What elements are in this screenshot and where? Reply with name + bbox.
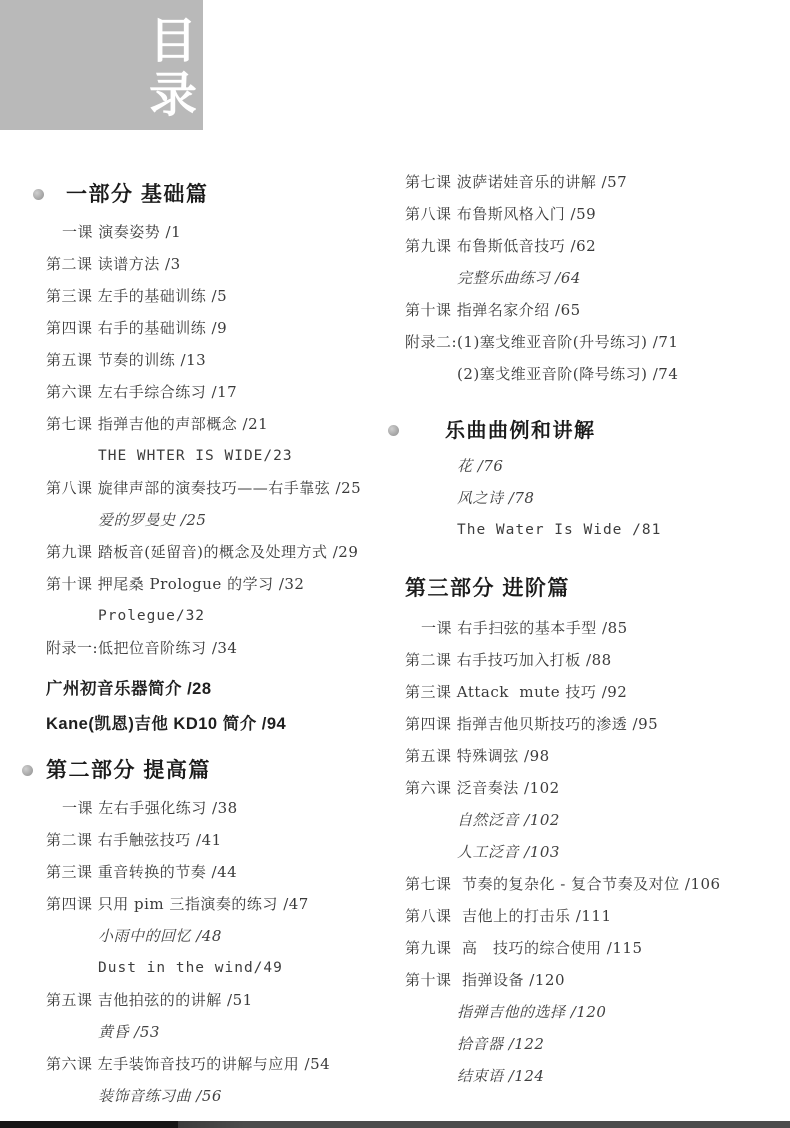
toc-entry-label: 第二课 右手技巧加入打板 /88 [405,651,612,669]
toc-entry: 第八课 吉他上的打击乐 /111 [405,900,790,932]
page-title: 目 录 [149,14,197,122]
toc-entry: 一课 左右手强化练习 /38 [46,792,398,824]
toc-entry: 第三课 重音转换的节奏 /44 [46,856,398,888]
toc-entry: 第五课 吉他拍弦的的讲解 /51 [46,984,398,1016]
toc-entry: Prolegue/32 [46,600,398,632]
toc-entry-label: 第二课 右手触弦技巧 /41 [46,831,222,849]
toc-entry: 黄昏 /53 [46,1016,398,1048]
toc-entry-label: 第十课 押尾桑 Prologue 的学习 /32 [46,575,304,593]
toc-entry: 装饰音练习曲 /56 [46,1080,398,1112]
toc-entry: 第十课 指弹设备 /120 [405,964,790,996]
toc-entry: 第三课 Attack mute 技巧 /92 [405,676,790,708]
toc-entry-label: 第五课 吉他拍弦的的讲解 /51 [46,991,253,1009]
toc-entry-label: 第十课 指弹设备 /120 [405,971,565,989]
toc-entry-label: 第四课 指弹吉他贝斯技巧的渗透 /95 [405,715,658,733]
toc-entry-label: 人工泛音 /103 [457,843,560,861]
toc-entry: Kane(凯恩)吉他 KD10 简介 /94 [46,707,398,742]
toc-entry: 结束语 /124 [405,1060,790,1092]
section-bullet-icon [33,189,44,200]
toc-column-left: 一部分 基础篇一课 演奏姿势 /1第二课 读谱方法 /3第三课 左手的基础训练 … [46,172,398,1112]
toc-entry: 第七课 节奏的复杂化 - 复合节奏及对位 /106 [405,868,790,900]
toc-entry: 附录一:低把位音阶练习 /34 [46,632,398,664]
section-heading-label: 第三部分 进阶篇 [405,577,570,600]
toc-entry: 广州初音乐器简介 /28 [46,672,398,707]
toc-entry-label: 广州初音乐器简介 /28 [46,680,212,698]
toc-entry: 第八课 布鲁斯风格入门 /59 [405,198,790,230]
toc-entry-label: 第八课 旋律声部的演奏技巧——右手靠弦 /25 [46,479,361,497]
toc-entry: 第九课 高 技巧的综合使用 /115 [405,932,790,964]
toc-entry: Dust in the wind/49 [46,952,398,984]
toc-entry: 第九课 布鲁斯低音技巧 /62 [405,230,790,262]
toc-entry-label: 第七课 指弹吉他的声部概念 /21 [46,415,268,433]
toc-entry: 指弹吉他的选择 /120 [405,996,790,1028]
toc-entry: 完整乐曲练习 /64 [405,262,790,294]
toc-entry-label: 第九课 踏板音(延留音)的概念及处理方式 /29 [46,543,358,561]
toc-entry: 第三课 左手的基础训练 /5 [46,280,398,312]
toc-entry-label: 第三课 Attack mute 技巧 /92 [405,683,627,701]
toc-entry-label: 第六课 左右手综合练习 /17 [46,383,237,401]
toc-entry-label: 黄昏 /53 [98,1023,160,1041]
toc-entry: 第八课 旋律声部的演奏技巧——右手靠弦 /25 [46,472,398,504]
toc-entry: 第四课 指弹吉他贝斯技巧的渗透 /95 [405,708,790,740]
toc-entry-label: 小雨中的回忆 /48 [98,927,222,945]
section-bullet-icon [388,425,399,436]
toc-entry-label: 第四课 只用 pim 三指演奏的练习 /47 [46,895,309,913]
toc-entry-label: 附录一:低把位音阶练习 /34 [46,639,237,657]
section-heading: 第三部分 进阶篇 [405,574,790,604]
toc-entry-label: THE WHTER IS WIDE/23 [98,448,293,464]
toc-entry-label: 指弹吉他的选择 /120 [457,1003,606,1021]
section-heading-label: 乐曲曲例和讲解 [445,420,596,442]
toc-entry: 第六课 左手装饰音技巧的讲解与应用 /54 [46,1048,398,1080]
toc-entry-label: 第十课 指弹名家介绍 /65 [405,301,581,319]
toc-entry-label: 附录二:(1)塞戈维亚音阶(升号练习) /71 [405,333,678,351]
toc-entry: 第五课 节奏的训练 /13 [46,344,398,376]
toc-entry-label: 第五课 特殊调弦 /98 [405,747,550,765]
toc-entry: 第五课 特殊调弦 /98 [405,740,790,772]
toc-entry: 第十课 指弹名家介绍 /65 [405,294,790,326]
section-heading: 一部分 基础篇 [46,180,398,210]
toc-entry-label: 拾音器 /122 [457,1035,544,1053]
section-heading: 第二部分 提高篇 [46,756,398,786]
toc-entry-label: 第二课 读谱方法 /3 [46,255,181,273]
toc-entry: 人工泛音 /103 [405,836,790,868]
toc-entry-label: The Water Is Wide /81 [457,522,661,538]
toc-entry-label: 第六课 泛音奏法 /102 [405,779,560,797]
toc-entry-label: 第六课 左手装饰音技巧的讲解与应用 /54 [46,1055,330,1073]
toc-entry-label: 第四课 右手的基础训练 /9 [46,319,227,337]
toc-entry: 第四课 右手的基础训练 /9 [46,312,398,344]
toc-entry-label: Prolegue/32 [98,608,205,624]
toc-entry-label: 爱的罗曼史 /25 [98,511,206,529]
toc-entry-label: 风之诗 /78 [457,489,534,507]
toc-entry: 第四课 只用 pim 三指演奏的练习 /47 [46,888,398,920]
toc-entry: 花 /76 [405,450,790,482]
toc-entry: 第六课 左右手综合练习 /17 [46,376,398,408]
toc-entry-label: 第八课 布鲁斯风格入门 /59 [405,205,596,223]
toc-entry-label: 第七课 节奏的复杂化 - 复合节奏及对位 /106 [405,875,721,893]
header-title-block: 目 录 [0,0,203,130]
toc-entry: 小雨中的回忆 /48 [46,920,398,952]
toc-entry-label: 一课 左右手强化练习 /38 [62,799,238,817]
section-heading-label: 第二部分 提高篇 [46,759,211,782]
toc-entry-label: 第三课 重音转换的节奏 /44 [46,863,237,881]
toc-column-right: 第七课 波萨诺娃音乐的讲解 /57第八课 布鲁斯风格入门 /59第九课 布鲁斯低… [405,166,790,1092]
toc-entry: 第九课 踏板音(延留音)的概念及处理方式 /29 [46,536,398,568]
footer-bar [0,1121,790,1128]
toc-entry: 第二课 右手技巧加入打板 /88 [405,644,790,676]
toc-entry-label: 结束语 /124 [457,1067,544,1085]
document-page: { "header": { "title_chars": ["目", "录"],… [0,0,790,1128]
toc-entry: 拾音器 /122 [405,1028,790,1060]
toc-entry-label: 第三课 左手的基础训练 /5 [46,287,227,305]
toc-entry: 第二课 右手触弦技巧 /41 [46,824,398,856]
toc-entry: 第六课 泛音奏法 /102 [405,772,790,804]
toc-entry-label: 第五课 节奏的训练 /13 [46,351,206,369]
section-heading-label: 一部分 基础篇 [66,183,208,206]
toc-entry-label: Kane(凯恩)吉他 KD10 简介 /94 [46,715,286,733]
toc-entry-label: 花 /76 [457,457,503,475]
toc-entry: THE WHTER IS WIDE/23 [46,440,398,472]
page-title-char-2: 录 [149,68,197,122]
toc-entry-label: (2)塞戈维亚音阶(降号练习) /74 [457,365,678,383]
toc-entry: 一课 右手扫弦的基本手型 /85 [405,612,790,644]
toc-entry-label: 完整乐曲练习 /64 [457,269,581,287]
toc-entry-label: Dust in the wind/49 [98,960,283,976]
toc-entry-label: 第九课 高 技巧的综合使用 /115 [405,939,643,957]
toc-entry-label: 第九课 布鲁斯低音技巧 /62 [405,237,596,255]
toc-entry: 风之诗 /78 [405,482,790,514]
toc-entry: 第十课 押尾桑 Prologue 的学习 /32 [46,568,398,600]
toc-entry-label: 第七课 波萨诺娃音乐的讲解 /57 [405,173,627,191]
toc-entry-label: 装饰音练习曲 /56 [98,1087,222,1105]
toc-entry: 自然泛音 /102 [405,804,790,836]
section-heading: 乐曲曲例和讲解 [405,416,790,446]
toc-entry: 附录二:(1)塞戈维亚音阶(升号练习) /71 [405,326,790,358]
section-bullet-icon [22,765,33,776]
toc-entry: (2)塞戈维亚音阶(降号练习) /74 [405,358,790,390]
toc-entry-label: 一课 演奏姿势 /1 [62,223,181,241]
toc-entry: 一课 演奏姿势 /1 [46,216,398,248]
toc-entry: 爱的罗曼史 /25 [46,504,398,536]
toc-entry: The Water Is Wide /81 [405,514,790,546]
toc-entry: 第七课 波萨诺娃音乐的讲解 /57 [405,166,790,198]
toc-entry: 第二课 读谱方法 /3 [46,248,398,280]
page-title-char-1: 目 [149,14,197,68]
toc-entry-label: 第八课 吉他上的打击乐 /111 [405,907,612,925]
toc-entry-label: 一课 右手扫弦的基本手型 /85 [421,619,628,637]
toc-entry: 第七课 指弹吉他的声部概念 /21 [46,408,398,440]
toc-entry-label: 自然泛音 /102 [457,811,560,829]
